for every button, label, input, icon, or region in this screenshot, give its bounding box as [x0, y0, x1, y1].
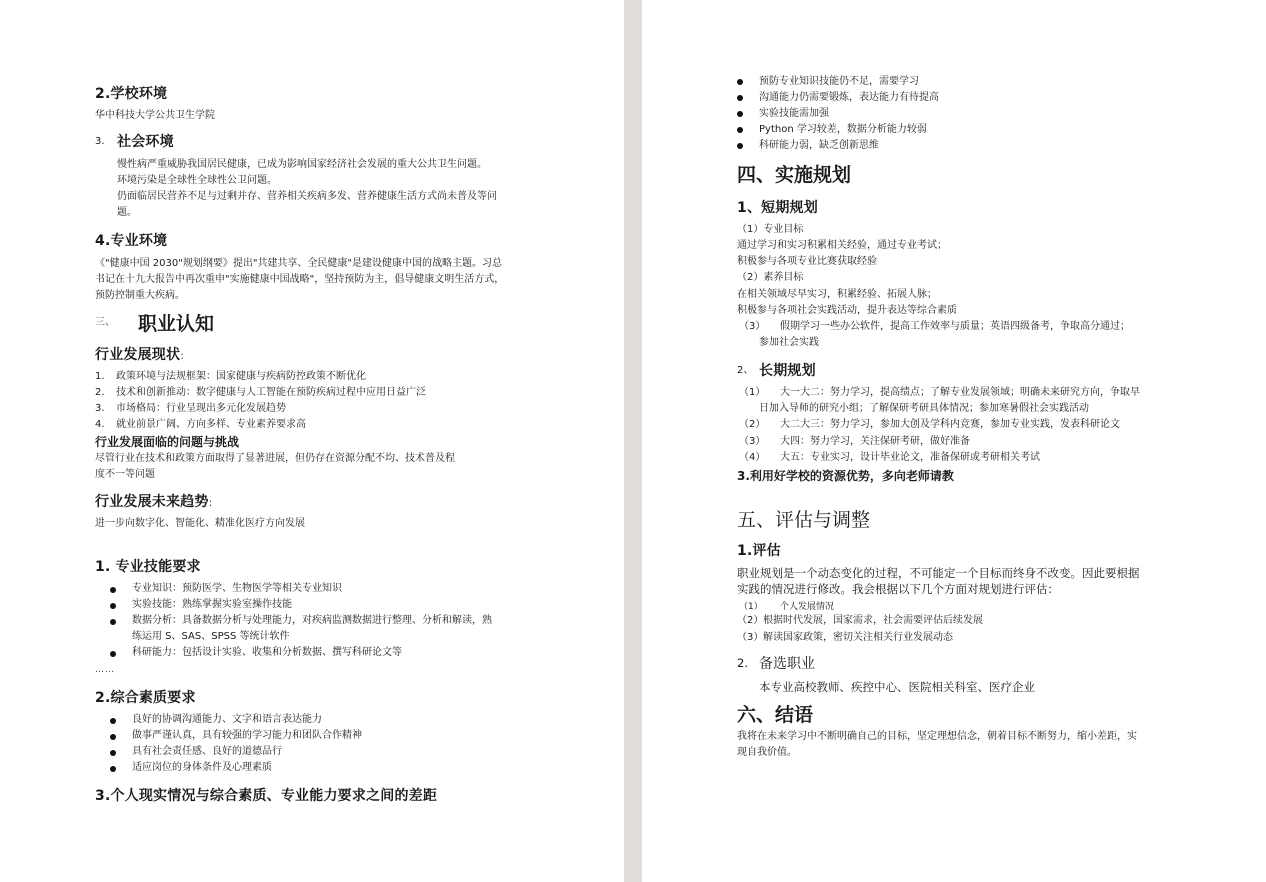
bullet-icon — [110, 766, 116, 772]
plan-item: 大二大三：努力学习，参加大创及学科内竞赛，参加专业实践，发表科研论文 — [780, 417, 1120, 433]
long-term-heading: 长期规划 — [759, 360, 816, 380]
evaluation-item: 个人发展情况 — [780, 599, 834, 612]
school-env-heading: 2.学校环境 — [95, 83, 167, 103]
bullet-icon — [110, 587, 116, 593]
list-item-number: 2. — [95, 385, 105, 401]
list-item: 政策环境与法规框架：国家健康与疾病防控政策不断优化 — [116, 369, 366, 385]
evaluation-number: （3） — [737, 630, 763, 646]
goal-line: 积极参与各项专业比赛获取经验 — [737, 254, 877, 270]
professional-env-line: 预防控制重大疾病。 — [95, 288, 185, 304]
bullet-icon — [737, 95, 743, 101]
industry-problems-line: 度不一等问题 — [95, 467, 155, 483]
list-item: 就业前景广阔、方向多样、专业素养要求高 — [116, 417, 306, 433]
professional-env-line: 《"健康中国 2030"规划纲要》提出"共建共享、全民健康"是建设健康中国的战略… — [95, 256, 502, 272]
list-item-number: 3. — [95, 401, 105, 417]
list-item-continuation: 练运用 S、SAS、SPSS 等统计软件 — [132, 629, 290, 645]
short-term-heading: 1、短期规划 — [737, 197, 818, 217]
evaluation-heading: 1.评估 — [737, 540, 781, 560]
school-env-text: 华中科技大学公共卫生学院 — [95, 108, 215, 124]
bullet-icon — [737, 127, 743, 133]
evaluation-number: （2） — [737, 613, 763, 629]
evaluation-section-heading: 五、评估与调整 — [737, 505, 870, 532]
conclusion-line: 现自我价值。 — [737, 745, 797, 761]
bullet-icon — [110, 750, 116, 756]
list-item: 具有社会责任感、良好的道德品行 — [132, 744, 282, 760]
conclusion-heading: 六、结语 — [737, 700, 813, 727]
skill-requirements-heading: 1. 专业技能要求 — [95, 556, 201, 576]
goal-line: 积极参与各项社会实践活动，提升表达等综合素质 — [737, 303, 957, 319]
industry-problems-line: 尽管行业在技术和政策方面取得了显著进展，但仍存在资源分配不均、技术普及程 — [95, 451, 455, 467]
quality-requirements-heading: 2.综合素质要求 — [95, 687, 196, 707]
list-item: 实验技能：熟练掌握实验室操作技能 — [132, 597, 292, 613]
alternative-career-heading: 备选职业 — [759, 653, 815, 673]
social-env-line: 题。 — [117, 205, 137, 221]
gap-heading: 3.个人现实情况与综合素质、专业能力要求之间的差距 — [95, 785, 437, 805]
plan-number: （2） — [739, 417, 765, 433]
bullet-icon — [110, 651, 116, 657]
list-item: Python 学习较差，数据分析能力较弱 — [759, 122, 927, 138]
list-item: 市场格局：行业呈现出多元化发展趋势 — [116, 401, 286, 417]
social-env-number: 3. — [95, 134, 105, 150]
list-item: 技术和创新推动：数字健康与人工智能在预防疾病过程中应用日益广泛 — [116, 385, 426, 401]
plan-item: 大四：努力学习，关注保研考研，做好准备 — [780, 434, 970, 450]
long-term-number: 2、 — [737, 363, 753, 379]
ellipsis: …… — [95, 665, 115, 675]
bullet-icon — [110, 603, 116, 609]
list-item: 沟通能力仍需要锻炼，表达能力有待提高 — [759, 90, 939, 106]
bullet-icon — [110, 734, 116, 740]
industry-status-heading: 行业发展现状: — [95, 344, 184, 364]
goal-line: 通过学习和实习积累相关经验，通过专业考试； — [737, 238, 947, 254]
evaluation-item: 根据时代发展，国家需求，社会需要评估后续发展 — [763, 613, 983, 629]
goal-line: 参加社会实践 — [759, 335, 819, 351]
social-env-line: 环境污染是全球性全球性公卫问题。 — [117, 173, 277, 189]
document-page-right: 预防专业知识技能仍不足，需要学习 沟通能力仍需要锻炼，表达能力有待提高 实验技能… — [642, 0, 1266, 882]
industry-trends-text: 进一步向数字化、智能化、精准化医疗方向发展 — [95, 516, 305, 532]
career-cognition-number: 三、 — [95, 315, 115, 331]
professional-env-heading: 4.专业环境 — [95, 230, 167, 250]
list-item: 做事严谨认真，具有较强的学习能力和团队合作精神 — [132, 728, 362, 744]
plan-number: （4） — [739, 450, 765, 466]
list-item: 专业知识：预防医学、生物医学等相关专业知识 — [132, 581, 342, 597]
bullet-icon — [110, 718, 116, 724]
bullet-icon — [110, 619, 116, 625]
list-item-number: 1. — [95, 369, 105, 385]
alternative-career-text: 本专业高校教师、疾控中心、医院相关科室、医疗企业 — [759, 679, 1035, 696]
plan-item: 大一大二：努力学习，提高绩点；了解专业发展领域；明确未来研究方向，争取早 — [780, 385, 1140, 401]
list-item-number: 4. — [95, 417, 105, 433]
evaluation-number: （1） — [739, 599, 763, 612]
evaluation-item: 解读国家政策，密切关注相关行业发展动态 — [763, 630, 953, 646]
goal-label: （1）专业目标 — [737, 222, 803, 238]
bullet-icon — [737, 111, 743, 117]
plan-number: （1） — [739, 385, 765, 401]
social-env-line: 仍面临居民营养不足与过剩并存、营养相关疾病多发、营养健康生活方式尚未普及等问 — [117, 189, 497, 205]
bullet-icon — [737, 143, 743, 149]
list-item: 实验技能需加强 — [759, 106, 829, 122]
professional-env-line: 书记在十九大报告中再次重申"实施健康中国战略"，坚持预防为主，倡导健康文明生活方… — [95, 272, 504, 288]
conclusion-line: 我将在未来学习中不断明确自己的目标，坚定理想信念，朝着目标不断努力，缩小差距，实 — [737, 729, 1137, 745]
evaluation-line: 实践的情况进行修改。我会根据以下几个方面对规划进行评估： — [737, 581, 1059, 598]
goal-number: （3） — [739, 319, 765, 335]
list-item: 数据分析：具备数据分析与处理能力，对疾病监测数据进行整理、分析和解读，熟 — [132, 613, 492, 629]
alternative-career-number: 2. — [737, 655, 748, 672]
goal-label: （2）素养目标 — [737, 270, 803, 286]
list-item: 良好的协调沟通能力、文字和语言表达能力 — [132, 712, 322, 728]
bullet-icon — [737, 79, 743, 85]
career-cognition-heading: 职业认知 — [138, 309, 214, 336]
social-env-heading: 社会环境 — [117, 131, 174, 151]
social-env-line: 慢性病严重威胁我国居民健康，已成为影响国家经济社会发展的重大公共卫生问题。 — [117, 157, 487, 173]
industry-problems-heading: 行业发展面临的问题与挑战 — [95, 433, 239, 450]
evaluation-line: 职业规划是一个动态变化的过程，不可能定一个目标而终身不改变。因此要根据 — [737, 565, 1140, 582]
list-item: 适应岗位的身体条件及心理素质 — [132, 760, 272, 776]
school-resources-heading: 3.利用好学校的资源优势，多向老师请教 — [737, 467, 954, 484]
plan-item: 大五：专业实习，设计毕业论文，准备保研或考研相关考试 — [780, 450, 1040, 466]
plan-item-continuation: 日加入导师的研究小组；了解保研考研具体情况；参加寒暑假社会实践活动 — [759, 401, 1089, 417]
document-page-left: 2.学校环境 华中科技大学公共卫生学院 3. 社会环境 慢性病严重威胁我国居民健… — [0, 0, 624, 882]
list-item: 预防专业知识技能仍不足，需要学习 — [759, 74, 919, 90]
industry-trends-heading: 行业发展未来趋势: — [95, 491, 213, 511]
list-item: 科研能力弱，缺乏创新思维 — [759, 138, 879, 154]
goal-line: 在相关领域尽早实习，积累经验、拓展人脉； — [737, 287, 937, 303]
plan-number: （3） — [739, 434, 765, 450]
implementation-heading: 四、实施规划 — [737, 160, 851, 187]
page-separator — [624, 0, 642, 882]
goal-line: 假期学习一些办公软件，提高工作效率与质量；英语四级备考，争取高分通过； — [780, 319, 1130, 335]
list-item: 科研能力：包括设计实验、收集和分析数据、撰写科研论文等 — [132, 645, 402, 661]
